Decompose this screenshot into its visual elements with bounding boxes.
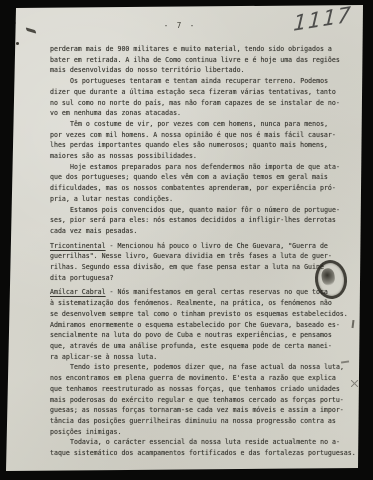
text-line: posições inimigas. bbox=[50, 427, 352, 438]
text-line: dificuldades, mas os nossos combatentes … bbox=[50, 183, 352, 194]
stamp-emblem bbox=[321, 268, 336, 286]
pen-dot-mark bbox=[16, 42, 19, 45]
paragraph: Tendo isto presente, podemos dizer que, … bbox=[50, 362, 352, 437]
text-line: Têm o costume de vir, por vezes com cem … bbox=[50, 119, 352, 130]
paragraph: Os portugueses tentaram e tentam ainda r… bbox=[50, 76, 352, 119]
paragraph: Amílcar Cabral - Nós manifestamos em ger… bbox=[50, 287, 352, 362]
text-line: cada vez mais pesadas. bbox=[50, 226, 352, 237]
text-line: taque sistemático dos acampamentos forti… bbox=[50, 448, 352, 459]
text-line: Tendo isto presente, podemos dizer que, … bbox=[50, 362, 352, 373]
paragraph: Tricontinental - Mencionou há pouco o li… bbox=[50, 241, 352, 284]
text-line: sencialmente na luta do povo de Cuba e n… bbox=[50, 330, 352, 341]
text-line: rilhas. Segundo essa divisão, em que fas… bbox=[50, 262, 352, 273]
text-line: pria, a lutar nestas condições. bbox=[50, 194, 352, 205]
underlined-heading: Tricontinental bbox=[50, 242, 106, 250]
scan-background: { "page": { "header": { "page_number": "… bbox=[0, 0, 373, 480]
text-line: bater em retirada. A ilha de Como contin… bbox=[50, 55, 352, 66]
text-line: mais poderosas do exército regular e que… bbox=[50, 395, 352, 406]
text-line: vo em nenhuma das zonas atacadas. bbox=[50, 108, 352, 119]
page-number: - 7 - bbox=[148, 21, 212, 30]
text-line: por vezes com mil homens. A nossa opiniã… bbox=[50, 130, 352, 141]
text-line: Admiramos enormemente o esquema estabele… bbox=[50, 320, 352, 331]
margin-x-mark bbox=[351, 380, 358, 387]
margin-tick-mark bbox=[352, 320, 354, 328]
text-line: no sul como no norte do país, mas não fo… bbox=[50, 98, 352, 109]
text-line: Amílcar Cabral - Nós manifestamos em ger… bbox=[50, 287, 352, 298]
text-line: ses, pior será para eles: nós estamos de… bbox=[50, 215, 352, 226]
text-line: que dos portugueses; quando eles vêm com… bbox=[50, 172, 352, 183]
paragraph: Têm o costume de vir, por vezes com cem … bbox=[50, 119, 352, 162]
underlined-heading: Amílcar Cabral bbox=[50, 288, 106, 296]
pen-dot-top-mark bbox=[14, 22, 16, 24]
pen-arrow-mark bbox=[26, 27, 37, 33]
text-line: dita portuguesa? bbox=[50, 273, 352, 284]
text-line: lhes perdas importantes quando eles são … bbox=[50, 140, 352, 151]
document-text: perderam mais de 900 militares e muito m… bbox=[50, 44, 352, 459]
paragraph: Hoje estamos preparados para nos defende… bbox=[50, 162, 352, 205]
text-line: guerrilhas". Nesse livro, Guevara dividi… bbox=[50, 251, 352, 262]
text-line: se desenvolvem sempre tal como o tinham … bbox=[50, 309, 352, 320]
text-line: Hoje estamos preparados para nos defende… bbox=[50, 162, 352, 173]
text-line: Tricontinental - Mencionou há pouco o li… bbox=[50, 241, 352, 252]
text-line: guesas; as nossas forças tornaram-se cad… bbox=[50, 405, 352, 416]
text-line: que tenhamos reestruturado as nossas for… bbox=[50, 384, 352, 395]
text-line: Os portugueses tentaram e tentam ainda r… bbox=[50, 76, 352, 87]
text-line: maiores são as nossas possibilidades. bbox=[50, 151, 352, 162]
paragraph: Todavia, o carácter essencial da nossa l… bbox=[50, 437, 352, 458]
text-line: dizer que durante a última estação seca … bbox=[50, 87, 352, 98]
text-line: ra aplicar-se à nossa luta. bbox=[50, 352, 352, 363]
text-line: tância das posições guerrilheiras diminu… bbox=[50, 416, 352, 427]
text-line: que, através de uma análise profunda, es… bbox=[50, 341, 352, 352]
handwritten-number: 1117 bbox=[293, 2, 353, 36]
paragraph: Estamos pois convencidos que, quanto mai… bbox=[50, 205, 352, 237]
text-line: mais desenvolvidas do nosso território l… bbox=[50, 65, 352, 76]
text-line: Estamos pois convencidos que, quanto mai… bbox=[50, 205, 352, 216]
document-page: - 7 - 1117 perderam mais de 900 militare… bbox=[0, 0, 373, 480]
paragraph: perderam mais de 900 militares e muito m… bbox=[50, 44, 352, 76]
text-line: à sistematização dos fenómenos. Realment… bbox=[50, 298, 352, 309]
text-line: perderam mais de 900 militares e muito m… bbox=[50, 44, 352, 55]
text-line: Todavia, o carácter essencial da nossa l… bbox=[50, 437, 352, 448]
text-line: nos encontramos em plena guerra de movim… bbox=[50, 373, 352, 384]
